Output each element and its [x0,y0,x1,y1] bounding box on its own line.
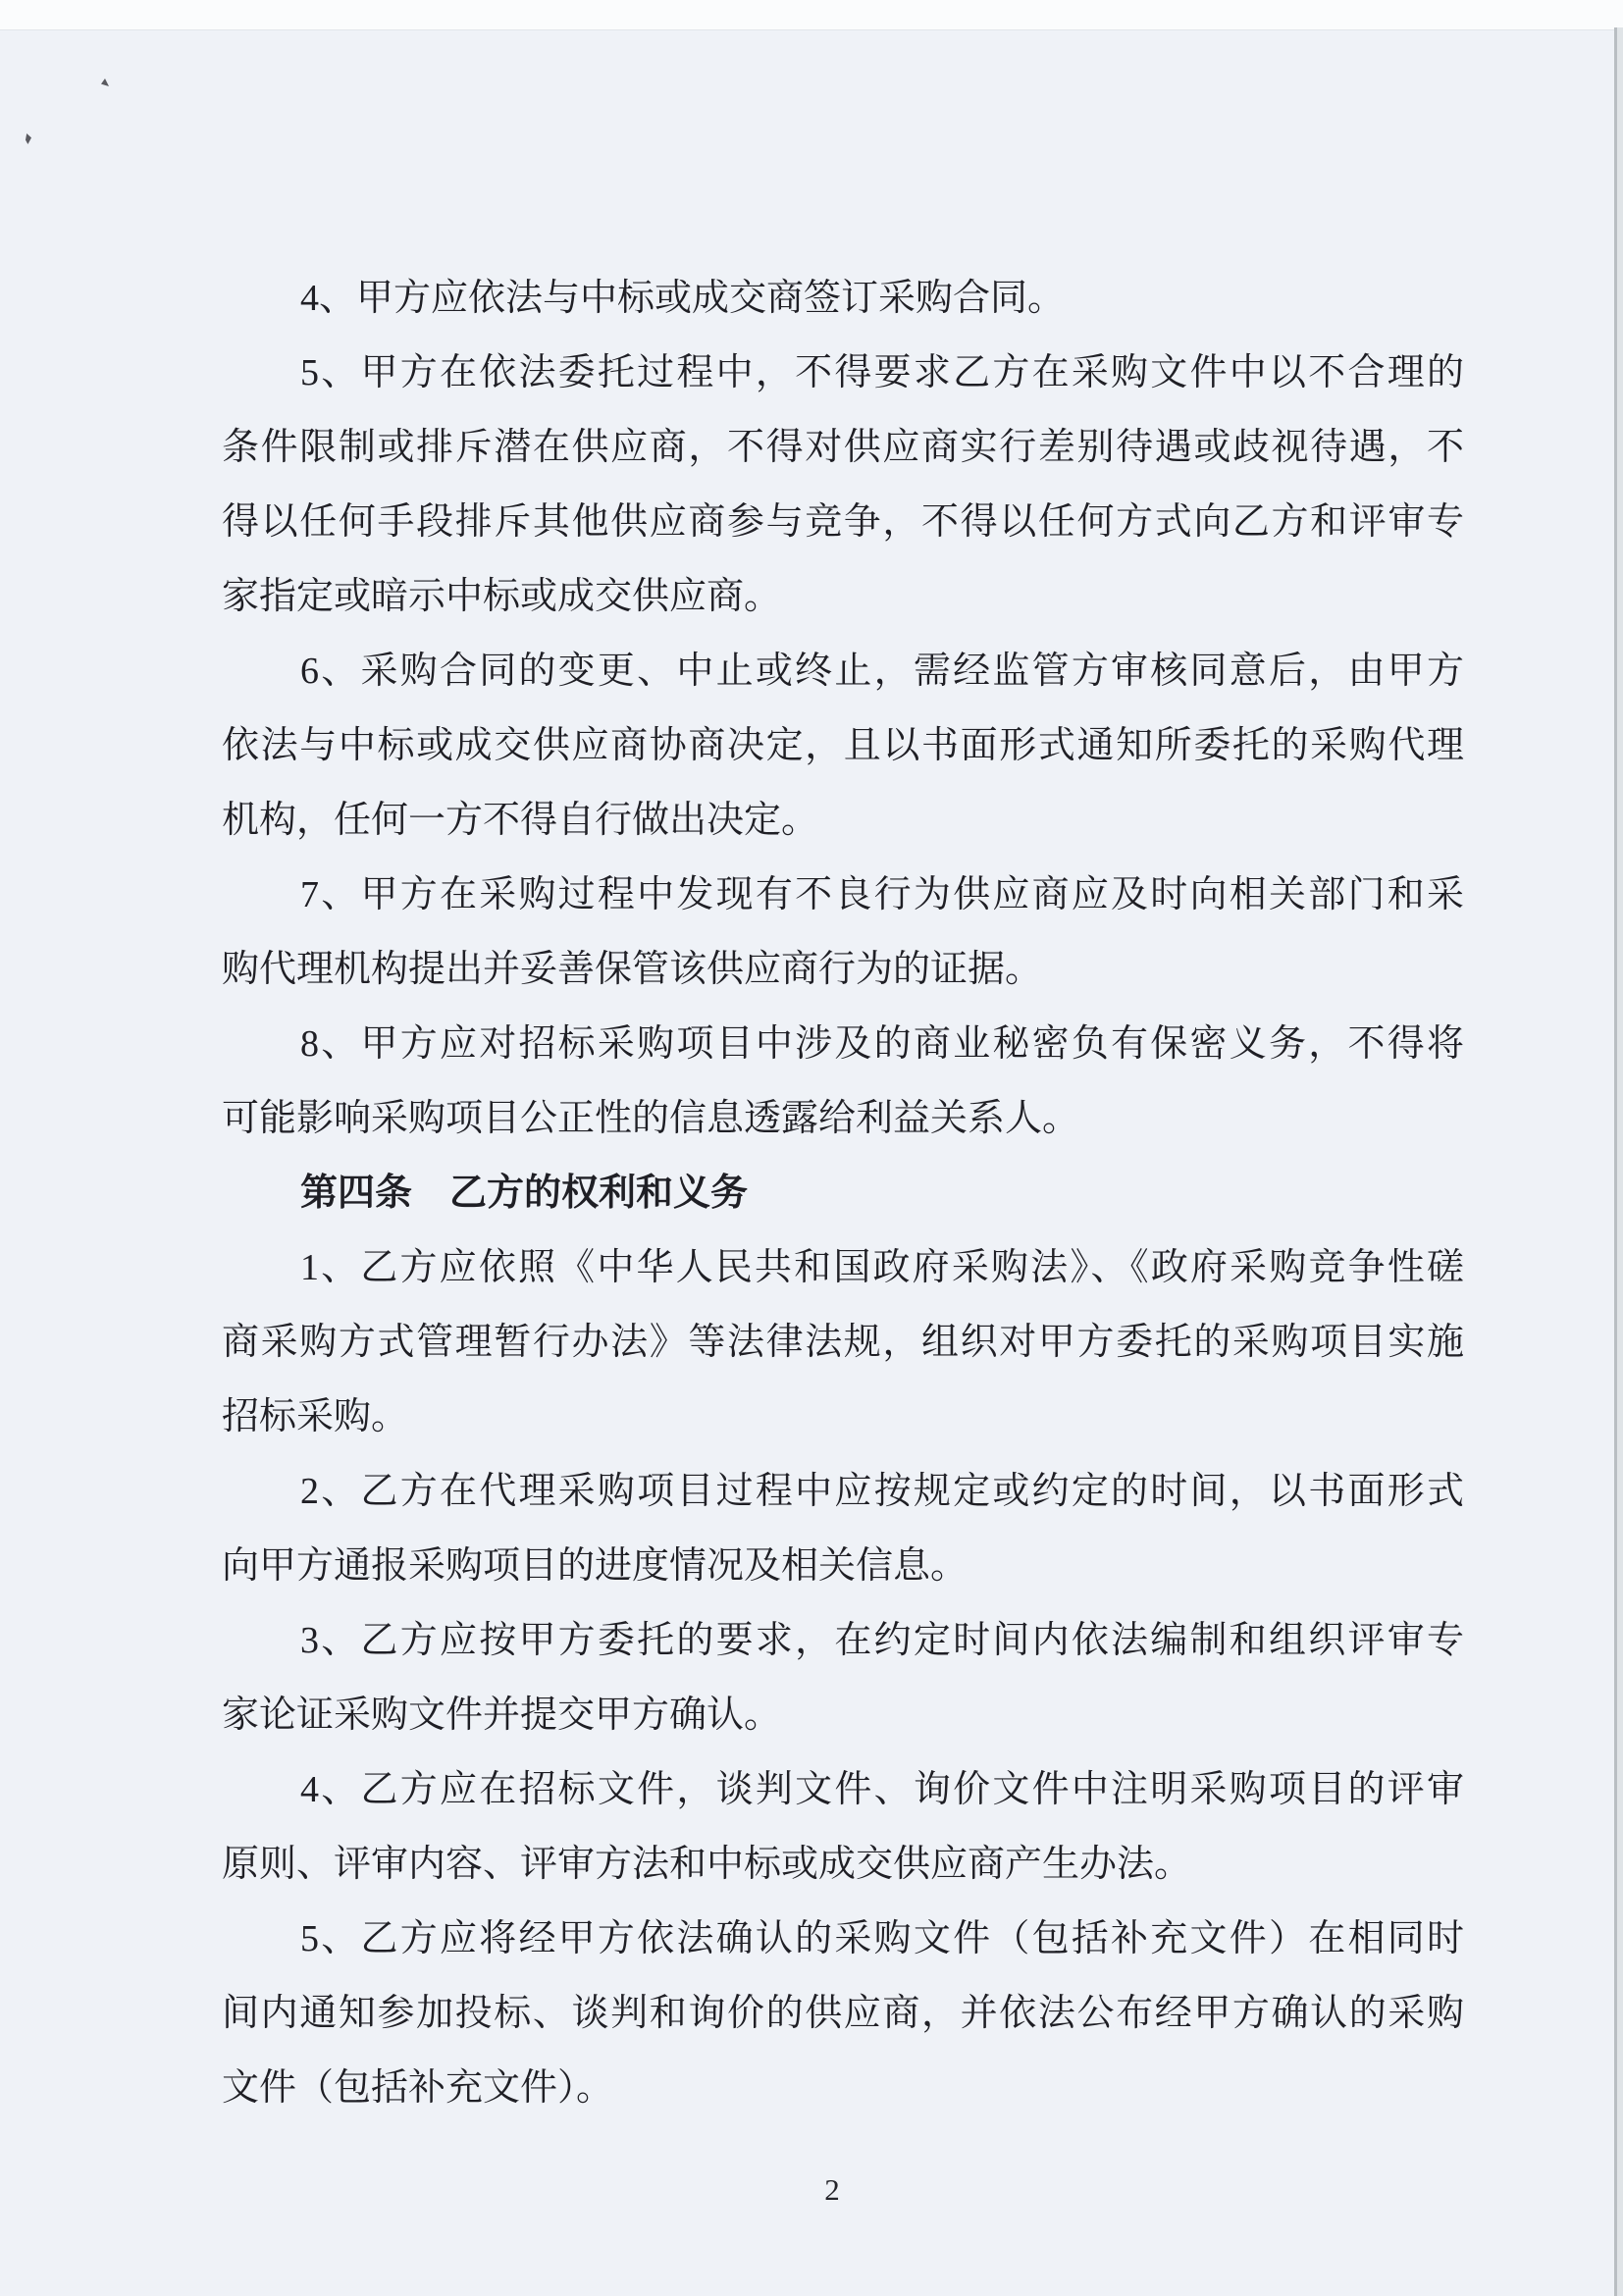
text-line: 原则、评审内容、评审方法和中标或成交供应商产生办法。 [222,1827,1464,1902]
text-line: 3、乙方应按甲方委托的要求，在约定时间内依法编制和组织评审专 [222,1603,1464,1678]
text-line: 1、乙方应依照《中华人民共和国政府采购法》、《政府采购竞争性磋 [222,1230,1464,1305]
text-line: 得以任何手段排斥其他供应商参与竞争，不得以任何方式向乙方和评审专 [222,485,1464,559]
page-number: 2 [0,2172,1623,2208]
text-line: 2、乙方在代理采购项目过程中应按规定或约定的时间，以书面形式 [222,1454,1464,1529]
scan-right-margin [1617,27,1623,2296]
scanned-contract-page: 4、甲方应依法与中标或成交商签订采购合同。 5、甲方在依法委托过程中，不得要求乙… [0,0,1623,2296]
text-line: 机构，任何一方不得自行做出决定。 [222,783,1464,858]
document-body: 4、甲方应依法与中标或成交商签订采购合同。 5、甲方在依法委托过程中，不得要求乙… [222,261,1464,2125]
section-heading: 第四条 乙方的权利和义务 [222,1156,1464,1230]
scan-top-edge [0,0,1623,30]
scan-artifact [101,78,109,86]
text-line: 依法与中标或成交供应商协商决定，且以书面形式通知所委托的采购代理 [222,708,1464,783]
text-line: 购代理机构提出并妥善保管该供应商行为的证据。 [222,932,1464,1007]
text-line: 条件限制或排斥潜在供应商，不得对供应商实行差别待遇或歧视待遇，不 [222,410,1464,485]
text-line: 向甲方通报采购项目的进度情况及相关信息。 [222,1529,1464,1603]
text-line: 商采购方式管理暂行办法》等法律法规，组织对甲方委托的采购项目实施 [222,1305,1464,1380]
scan-artifact [26,133,31,144]
text-line: 间内通知参加投标、谈判和询价的供应商，并依法公布经甲方确认的采购 [222,1976,1464,2051]
text-line: 7、甲方在采购过程中发现有不良行为供应商应及时向相关部门和采 [222,858,1464,932]
text-line: 4、甲方应依法与中标或成交商签订采购合同。 [222,261,1464,336]
text-line: 招标采购。 [222,1380,1464,1454]
text-line: 5、乙方应将经甲方依法确认的采购文件（包括补充文件）在相同时 [222,1902,1464,1976]
text-line: 4、乙方应在招标文件，谈判文件、询价文件中注明采购项目的评审 [222,1752,1464,1827]
text-line: 6、采购合同的变更、中止或终止，需经监管方审核同意后，由甲方 [222,634,1464,708]
text-line: 家论证采购文件并提交甲方确认。 [222,1678,1464,1752]
text-line: 5、甲方在依法委托过程中，不得要求乙方在采购文件中以不合理的 [222,336,1464,410]
text-line: 8、甲方应对招标采购项目中涉及的商业秘密负有保密义务，不得将 [222,1007,1464,1081]
text-line: 文件（包括补充文件）。 [222,2051,1464,2125]
text-line: 可能影响采购项目公正性的信息透露给利益关系人。 [222,1081,1464,1156]
text-line: 家指定或暗示中标或成交供应商。 [222,559,1464,634]
scan-right-edge-line [1614,27,1617,2296]
